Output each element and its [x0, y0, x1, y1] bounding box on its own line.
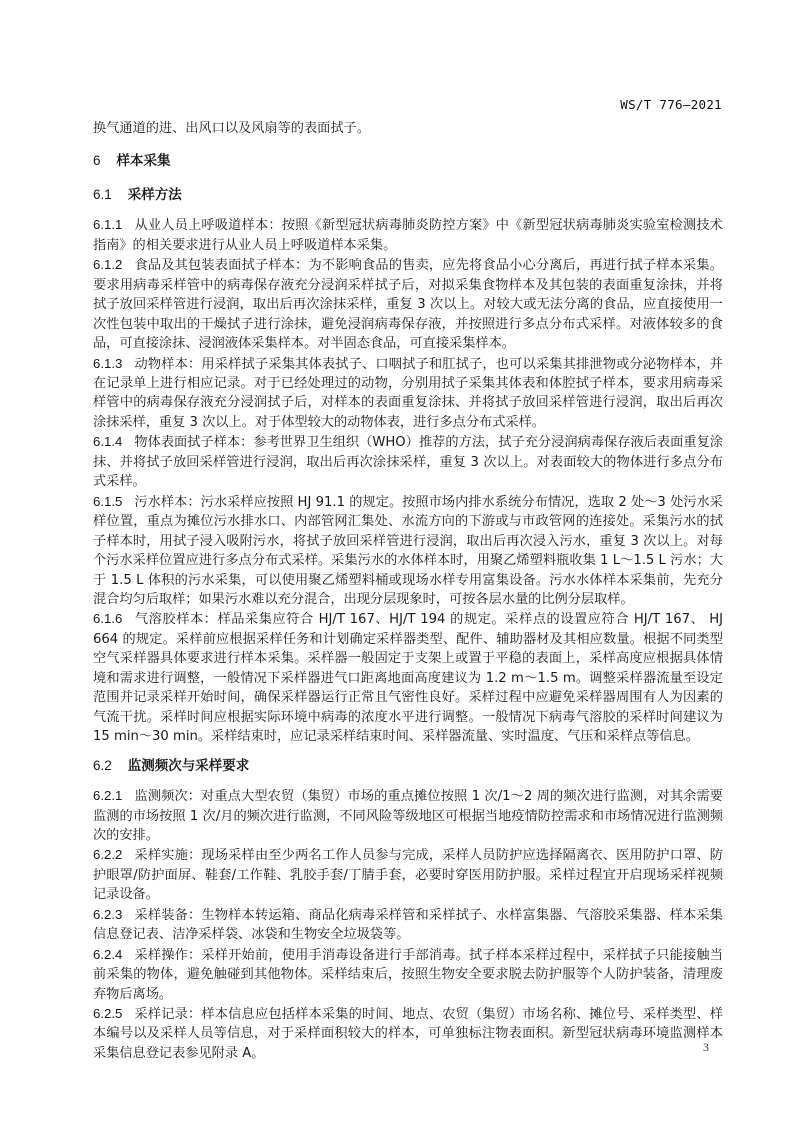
clause-number: 6.1.2: [93, 255, 122, 274]
clause-6-2-5: 6.2.5采样记录：样本信息应包括样本采集的时间、地点、农贸（集贸）市场名称、摊…: [93, 1004, 723, 1063]
clause-6-2-2: 6.2.2采样实施：现场采样由至少两名工作人员参与完成，采样人员防护应选择隔离衣…: [93, 845, 723, 904]
section-number: 6.2: [93, 756, 112, 775]
section-title: 监测频次与采样要求: [128, 758, 250, 774]
document-body: 换气通道的进、出风口以及风扇等的表面拭子。 6样本采集 6.1采样方法 6.1.…: [93, 119, 723, 1063]
clause-number: 6.1.4: [93, 432, 122, 451]
clause-6-2-4: 6.2.4采样操作：采样开始前，使用手消毒设备进行手部消毒。拭子样本采样过程中，…: [93, 945, 723, 1004]
section-6-2-heading: 6.2监测频次与采样要求: [93, 756, 723, 776]
continuation-paragraph: 换气通道的进、出风口以及风扇等的表面拭子。: [93, 119, 723, 138]
clause-text: 采样实施：现场采样由至少两名工作人员参与完成，采样人员防护应选择隔离衣、医用防护…: [93, 848, 723, 902]
clause-number: 6.2.5: [93, 1004, 122, 1023]
clause-text: 从业人员上呼吸道样本：按照《新型冠状病毒肺炎防控方案》中《新型冠状病毒肺炎实验室…: [93, 218, 723, 252]
section-title: 采样方法: [128, 187, 182, 203]
clause-text: 气溶胶样本：样品采集应符合 HJ/T 167、HJ/T 194 的规定。采样点的…: [93, 612, 723, 744]
clause-number: 6.2.2: [93, 845, 122, 864]
clause-6-1-5: 6.1.5污水样本：污水采样应按照 HJ 91.1 的规定。按照市场内排水系统分…: [93, 492, 723, 610]
clause-number: 6.1.5: [93, 492, 122, 511]
clause-6-2-1: 6.2.1监测频次：对重点大型农贸（集贸）市场的重点摊位按照 1 次/1～2 周…: [93, 786, 723, 845]
clause-text: 物体表面拭子样本：参考世界卫生组织（WHO）推荐的方法，拭子充分浸润病毒保存液后…: [93, 435, 723, 489]
document-page: WS/T 776—2021 换气通道的进、出风口以及风扇等的表面拭子。 6样本采…: [0, 0, 800, 1131]
clause-6-1-2: 6.1.2食品及其包装表面拭子样本：为不影响食品的售卖，应先将食品小心分离后，再…: [93, 255, 723, 353]
clause-text: 动物样本：用采样拭子采集其体表拭子、口咽拭子和肛拭子，也可以采集其排泄物或分泌物…: [93, 357, 723, 430]
clause-number: 6.1.6: [93, 609, 122, 628]
standard-number: WS/T 776—2021: [620, 97, 722, 112]
section-6-heading: 6样本采集: [93, 151, 723, 171]
section-number: 6.1: [93, 185, 112, 204]
page-number: 3: [703, 1040, 709, 1055]
clause-6-1-3: 6.1.3动物样本：用采样拭子采集其体表拭子、口咽拭子和肛拭子，也可以采集其排泄…: [93, 354, 723, 433]
clause-number: 6.1.3: [93, 354, 122, 373]
clause-6-2-3: 6.2.3采样装备：生物样本转运箱、商品化病毒采样管和采样拭子、水样富集器、气溶…: [93, 905, 723, 945]
clause-number: 6.2.1: [93, 786, 122, 805]
section-6-1-heading: 6.1采样方法: [93, 185, 723, 205]
clause-number: 6.2.4: [93, 945, 122, 964]
clause-text: 采样操作：采样开始前，使用手消毒设备进行手部消毒。拭子样本采样过程中，采样拭子只…: [93, 948, 723, 1002]
clause-text: 采样装备：生物样本转运箱、商品化病毒采样管和采样拭子、水样富集器、气溶胶采集器、…: [93, 908, 723, 942]
clause-number: 6.1.1: [93, 215, 122, 234]
clause-text: 采样记录：样本信息应包括样本采集的时间、地点、农贸（集贸）市场名称、摊位号、采样…: [93, 1007, 723, 1061]
clause-6-1-6: 6.1.6气溶胶样本：样品采集应符合 HJ/T 167、HJ/T 194 的规定…: [93, 609, 723, 746]
section-title: 样本采集: [117, 153, 171, 169]
clause-number: 6.2.3: [93, 905, 122, 924]
clause-6-1-1: 6.1.1从业人员上呼吸道样本：按照《新型冠状病毒肺炎防控方案》中《新型冠状病毒…: [93, 215, 723, 255]
clause-text: 监测频次：对重点大型农贸（集贸）市场的重点摊位按照 1 次/1～2 周的频次进行…: [93, 789, 723, 843]
section-number: 6: [93, 151, 101, 170]
clause-text: 食品及其包装表面拭子样本：为不影响食品的售卖，应先将食品小心分离后，再进行拭子样…: [93, 258, 723, 351]
clause-text: 污水样本：污水采样应按照 HJ 91.1 的规定。按照市场内排水系统分布情况，选…: [93, 495, 723, 607]
clause-6-1-4: 6.1.4物体表面拭子样本：参考世界卫生组织（WHO）推荐的方法，拭子充分浸润病…: [93, 432, 723, 491]
